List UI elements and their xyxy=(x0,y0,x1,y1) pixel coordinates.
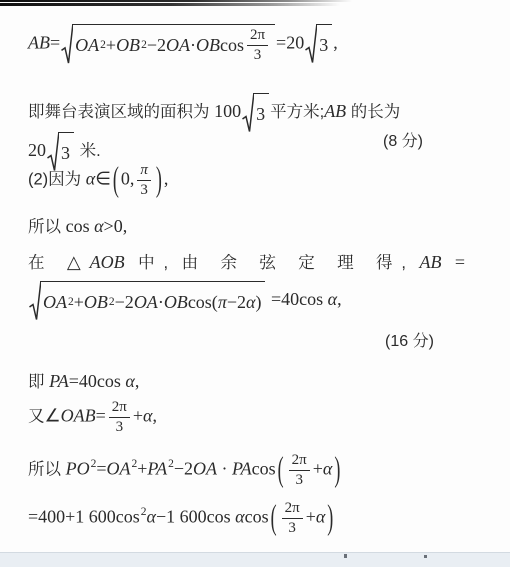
fraction-denominator: 3 xyxy=(288,519,296,537)
fraction-numerator: π xyxy=(137,162,151,181)
radical-sign xyxy=(61,24,73,65)
math-text: cos( xyxy=(188,291,218,314)
big-left-paren: ( xyxy=(278,448,284,492)
math-text: α xyxy=(328,289,337,309)
fraction-numerator: 2π xyxy=(109,399,130,418)
math-text: α xyxy=(316,506,325,526)
math-text: , xyxy=(337,289,342,309)
page-bottom-edge-strip xyxy=(0,552,510,567)
math-text: α xyxy=(147,506,156,526)
big-right-paren: ) xyxy=(327,496,333,540)
math-text: 100 xyxy=(214,101,241,121)
fraction-2pi-3: 2π3 xyxy=(247,27,268,64)
math-line-pa: 即 PA=40cos α, xyxy=(28,370,139,393)
math-text: OAB xyxy=(61,405,96,425)
math-line-po-squared: 所以 PO2=OA2+PA2−2OA · PAcos(2π3+α) xyxy=(28,452,342,489)
math-text: α xyxy=(246,291,255,314)
math-text: , xyxy=(152,405,157,425)
math-text: OB xyxy=(164,291,188,314)
math-text: = xyxy=(441,252,465,272)
radicand: OA2+OB2−2OA · OBcos 2π3 xyxy=(72,24,275,65)
triangle-symbol: △ xyxy=(67,252,90,273)
math-text: OA xyxy=(75,34,99,57)
math-text: PA xyxy=(147,458,167,478)
radical-sign xyxy=(305,24,317,64)
math-text: −2 xyxy=(227,291,246,314)
math-text: + xyxy=(133,405,143,425)
angle-symbol: ∠ xyxy=(45,405,61,426)
fraction-2pi-3: 2π3 xyxy=(289,452,310,489)
text-line-cosine-rule: 在 △AOB 中, 由 余 弦 定 理 得, AB = xyxy=(28,251,465,275)
math-text: + xyxy=(106,34,116,57)
radical-sign xyxy=(29,281,41,321)
math-line-angle-oab: 又∠OAB=2π3+α, xyxy=(28,399,157,436)
math-text: α xyxy=(323,458,332,478)
math-text: PA xyxy=(232,458,252,478)
math-text: =20 xyxy=(276,32,304,52)
scan-top-edge-line xyxy=(0,0,352,2)
chinese-text: 又 xyxy=(28,407,45,425)
chinese-text: 的长为 xyxy=(346,103,400,121)
math-text: cos xyxy=(245,506,269,526)
sqrt-radical: OA2+OB2−2OA · OBcos(π−2α) xyxy=(29,281,265,321)
math-text: −1 600cos xyxy=(156,506,235,526)
math-text: OB xyxy=(116,34,140,57)
sqrt-radical: OA2+OB2−2OA · OBcos 2π3 xyxy=(61,24,275,65)
big-left-paren: ( xyxy=(271,496,277,540)
sqrt-radical: 3 xyxy=(242,93,269,133)
math-text: AB xyxy=(28,32,50,52)
math-text: OB xyxy=(196,34,220,57)
math-text: AB xyxy=(324,101,346,121)
math-text: cos xyxy=(66,216,95,236)
math-text: =400+1 600cos xyxy=(28,506,140,526)
big-right-paren: ) xyxy=(156,158,162,202)
math-text: cos xyxy=(252,458,276,478)
radicand: 3 xyxy=(316,24,332,64)
math-text: + xyxy=(313,458,323,478)
math-text: >0, xyxy=(104,216,128,236)
chinese-text: 中, 由 余 弦 定 理 得, xyxy=(125,254,420,272)
math-text: −2 xyxy=(147,34,166,57)
math-text: −2 xyxy=(174,458,193,478)
big-right-paren: ) xyxy=(334,448,340,492)
fraction-denominator: 3 xyxy=(140,181,148,199)
math-text: PA xyxy=(49,371,69,391)
chinese-text: 米. xyxy=(75,142,101,160)
math-line-alpha-domain: (2)因为 α∈(0,π3), xyxy=(28,162,168,199)
math-text: cos xyxy=(220,34,244,57)
math-text: =40cos xyxy=(69,371,126,391)
score-mark-16: (16 分) xyxy=(385,332,434,352)
chinese-text: 所以 xyxy=(28,460,66,478)
math-text: OA xyxy=(166,34,190,57)
score-mark-8: (8 分) xyxy=(383,132,423,152)
math-text: , xyxy=(333,32,338,52)
scan-top-edge-line-2 xyxy=(0,3,340,6)
math-text: ) xyxy=(255,291,261,314)
sqrt-radical: 3 xyxy=(305,24,332,64)
cutoff-text-remnant xyxy=(344,554,347,558)
chinese-text: (2)因为 xyxy=(28,170,86,188)
math-text: · xyxy=(217,458,232,478)
text-line-area-statement: 即舞台表演区域的面积为 1003平方米;AB 的长为 xyxy=(28,93,400,133)
math-text: α xyxy=(235,506,244,526)
math-text: + xyxy=(137,458,147,478)
math-text: OA xyxy=(43,291,67,314)
fraction-numerator: 2π xyxy=(289,452,310,471)
math-text: OA xyxy=(107,458,131,478)
math-text: AB xyxy=(419,252,441,272)
chinese-text: 即 xyxy=(28,373,49,391)
math-line-ab-cos-expression: OA2+OB2−2OA · OBcos(π−2α) =40cos α, xyxy=(28,281,342,321)
radical-sign xyxy=(242,93,254,133)
math-text: 20 xyxy=(28,140,46,160)
math-text: = xyxy=(96,458,106,478)
math-text: , xyxy=(135,371,140,391)
chinese-text: 即舞台表演区域的面积为 xyxy=(28,103,214,121)
math-text: OA xyxy=(193,458,217,478)
math-text: = xyxy=(96,405,106,425)
chinese-text: 在 xyxy=(28,254,67,272)
math-text: π xyxy=(218,291,227,314)
math-text: =40cos xyxy=(266,289,327,309)
math-text: + xyxy=(306,506,316,526)
fraction-numerator: 2π xyxy=(282,500,303,519)
fraction-2pi-3: 2π3 xyxy=(282,500,303,537)
fraction-denominator: 3 xyxy=(295,471,303,489)
math-text: OB xyxy=(84,291,108,314)
math-text: −2 xyxy=(115,291,134,314)
chinese-text: 所以 xyxy=(28,218,66,236)
math-line-cos-positive: 所以 cos α>0, xyxy=(28,215,127,238)
math-text: α xyxy=(86,168,95,188)
math-text: α xyxy=(94,216,103,236)
math-text: = xyxy=(50,32,60,52)
math-text: + xyxy=(74,291,84,314)
fraction-numerator: 2π xyxy=(247,27,268,46)
fraction-pi-3: π3 xyxy=(137,162,151,199)
element-of-symbol: ∈ xyxy=(95,168,111,189)
big-left-paren: ( xyxy=(113,158,119,202)
fraction-denominator: 3 xyxy=(116,418,124,436)
cutoff-text-remnant xyxy=(424,555,427,558)
math-text: PO xyxy=(66,458,90,478)
fraction-denominator: 3 xyxy=(254,46,262,64)
math-line-expanded: =400+1 600cos2α−1 600cos αcos(2π3+α) xyxy=(28,500,335,537)
math-text: AOB xyxy=(90,252,125,272)
math-text: , xyxy=(164,168,169,188)
radicand: OA2+OB2−2OA · OBcos(π−2α) xyxy=(40,281,265,321)
math-text: α xyxy=(125,371,134,391)
math-text: OA xyxy=(134,291,158,314)
radicand: 3 xyxy=(253,93,269,133)
math-line-ab-result: AB=OA2+OB2−2OA · OBcos 2π3=203, xyxy=(28,24,338,65)
fraction-2pi-3: 2π3 xyxy=(109,399,130,436)
chinese-text: 平方米; xyxy=(270,103,324,121)
math-text: 0, xyxy=(121,168,135,188)
